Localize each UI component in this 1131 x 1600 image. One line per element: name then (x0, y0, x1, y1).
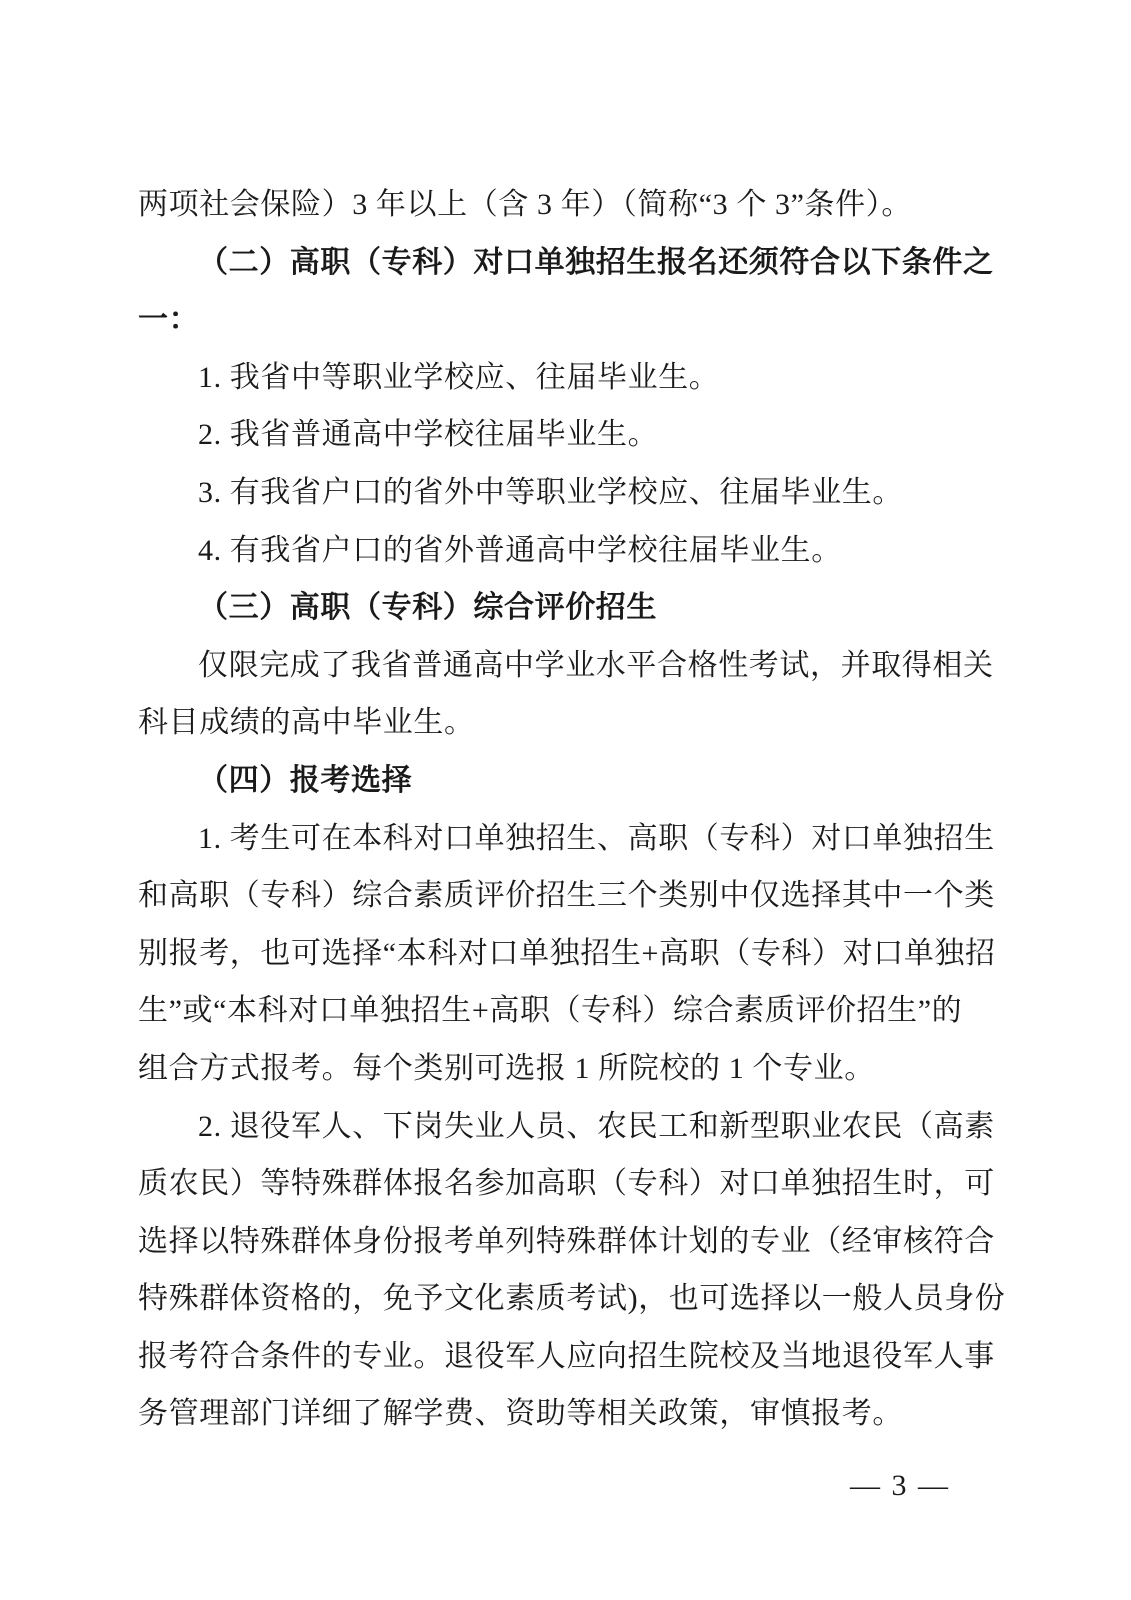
text-line: 质农民）等特殊群体报名参加高职（专科）对口单独招生时，可 (138, 1155, 993, 1213)
text-line: 2. 退役军人、下岗失业人员、农民工和新型职业农民（高素 (138, 1098, 993, 1156)
text-line: 和高职（专科）综合素质评价招生三个类别中仅选择其中一个类 (138, 867, 993, 925)
text-line: 一： (138, 291, 993, 349)
page-number: — 3 — (138, 1457, 993, 1515)
text-line: 仅限完成了我省普通高中学业水平合格性考试，并取得相关 (138, 637, 993, 695)
text-line: 4. 有我省户口的省外普通高中学校往届毕业生。 (138, 522, 993, 580)
text-line: 组合方式报考。每个类别可选报 1 所院校的 1 个专业。 (138, 1040, 993, 1098)
text-line: 两项社会保险）3 年以上（含 3 年）（简称“3 个 3”条件）。 (138, 176, 993, 234)
text-line: 报考符合条件的专业。退役军人应向招生院校及当地退役军人事 (138, 1328, 993, 1386)
text-line: 生”或“本科对口单独招生+高职（专科）综合素质评价招生”的 (138, 982, 993, 1040)
document-page: 两项社会保险）3 年以上（含 3 年）（简称“3 个 3”条件）。（二）高职（专… (0, 0, 1131, 1600)
text-line: 科目成绩的高中毕业生。 (138, 694, 993, 752)
text-line: 1. 考生可在本科对口单独招生、高职（专科）对口单独招生 (138, 810, 993, 868)
text-line: （三）高职（专科）综合评价招生 (138, 579, 993, 637)
document-body: 两项社会保险）3 年以上（含 3 年）（简称“3 个 3”条件）。（二）高职（专… (138, 176, 993, 1443)
text-line: 2. 我省普通高中学校往届毕业生。 (138, 406, 993, 464)
text-line: 务管理部门详细了解学费、资助等相关政策，审慎报考。 (138, 1385, 993, 1443)
text-line: 1. 我省中等职业学校应、往届毕业生。 (138, 349, 993, 407)
text-line: 特殊群体资格的，免予文化素质考试)，也可选择以一般人员身份 (138, 1270, 993, 1328)
text-line: 别报考，也可选择“本科对口单独招生+高职（专科）对口单独招 (138, 925, 993, 983)
text-line: 选择以特殊群体身份报考单列特殊群体计划的专业（经审核符合 (138, 1213, 993, 1271)
text-line: （二）高职（专科）对口单独招生报名还须符合以下条件之 (138, 234, 993, 292)
text-line: （四）报考选择 (138, 752, 993, 810)
text-line: 3. 有我省户口的省外中等职业学校应、往届毕业生。 (138, 464, 993, 522)
